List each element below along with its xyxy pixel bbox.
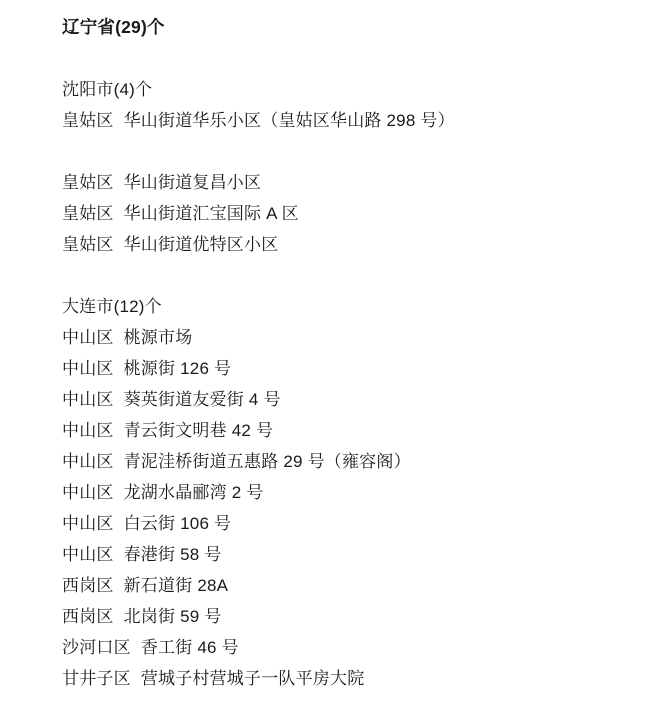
- address-row: 中山区白云街 106 号: [62, 508, 629, 539]
- place-label: 新石道街 28A: [124, 576, 229, 595]
- district-label: 中山区: [62, 390, 114, 409]
- place-label: 白云街 106 号: [124, 514, 232, 533]
- address-row: 西岗区北岗街 59 号: [62, 601, 629, 632]
- place-label: 龙湖水晶郦湾 2 号: [124, 483, 264, 502]
- place-label: 华山街道华乐小区（皇姑区华山路 298 号）: [124, 111, 455, 130]
- district-label: 甘井子区: [62, 669, 131, 688]
- district-label: 皇姑区: [62, 235, 114, 254]
- district-label: 西岗区: [62, 576, 114, 595]
- place-label: 华山街道汇宝国际 A 区: [124, 204, 299, 223]
- address-row: 西岗区新石道街 28A: [62, 570, 629, 601]
- address-row: 甘井子区营城子村营城子一队平房大院: [62, 663, 629, 694]
- address-row: 中山区桃源市场: [62, 322, 629, 353]
- district-label: 沙河口区: [62, 638, 131, 657]
- address-row: 中山区青泥洼桥街道五惠路 29 号（雍容阁）: [62, 446, 629, 477]
- district-label: 中山区: [62, 328, 114, 347]
- place-label: 春港街 58 号: [124, 545, 222, 564]
- place-label: 青云街文明巷 42 号: [124, 421, 274, 440]
- district-label: 皇姑区: [62, 173, 114, 192]
- address-row: 中山区葵英街道友爱街 4 号: [62, 384, 629, 415]
- address-row: 皇姑区华山街道优特区小区: [62, 229, 629, 260]
- district-label: 皇姑区: [62, 111, 114, 130]
- address-row: 皇姑区华山街道华乐小区（皇姑区华山路 298 号）: [62, 105, 629, 136]
- place-label: 葵英街道友爱街 4 号: [124, 390, 281, 409]
- place-label: 华山街道优特区小区: [124, 235, 279, 254]
- blank-line: [62, 260, 629, 291]
- place-label: 香工街 46 号: [141, 638, 239, 657]
- document: 辽宁省(29)个 沈阳市(4)个皇姑区华山街道华乐小区（皇姑区华山路 298 号…: [0, 0, 649, 694]
- place-label: 北岗街 59 号: [124, 607, 222, 626]
- province-heading: 辽宁省(29)个: [62, 12, 629, 43]
- place-label: 营城子村营城子一队平房大院: [141, 669, 365, 688]
- district-label: 皇姑区: [62, 204, 114, 223]
- district-label: 中山区: [62, 545, 114, 564]
- place-label: 桃源市场: [124, 328, 193, 347]
- address-row: 中山区春港街 58 号: [62, 539, 629, 570]
- blank-line: [62, 43, 629, 74]
- district-label: 中山区: [62, 452, 114, 471]
- district-label: 西岗区: [62, 607, 114, 626]
- city-heading: 沈阳市(4)个: [62, 74, 629, 105]
- address-row: 沙河口区香工街 46 号: [62, 632, 629, 663]
- address-row: 中山区青云街文明巷 42 号: [62, 415, 629, 446]
- blank-line: [62, 136, 629, 167]
- place-label: 桃源街 126 号: [124, 359, 232, 378]
- address-row: 皇姑区华山街道复昌小区: [62, 167, 629, 198]
- place-label: 青泥洼桥街道五惠路 29 号（雍容阁）: [124, 452, 411, 471]
- city-heading: 大连市(12)个: [62, 291, 629, 322]
- district-label: 中山区: [62, 421, 114, 440]
- place-label: 华山街道复昌小区: [124, 173, 262, 192]
- district-label: 中山区: [62, 359, 114, 378]
- document-body: 辽宁省(29)个 沈阳市(4)个皇姑区华山街道华乐小区（皇姑区华山路 298 号…: [62, 12, 629, 694]
- district-label: 中山区: [62, 483, 114, 502]
- address-row: 中山区龙湖水晶郦湾 2 号: [62, 477, 629, 508]
- address-row: 中山区桃源街 126 号: [62, 353, 629, 384]
- district-label: 中山区: [62, 514, 114, 533]
- address-row: 皇姑区华山街道汇宝国际 A 区: [62, 198, 629, 229]
